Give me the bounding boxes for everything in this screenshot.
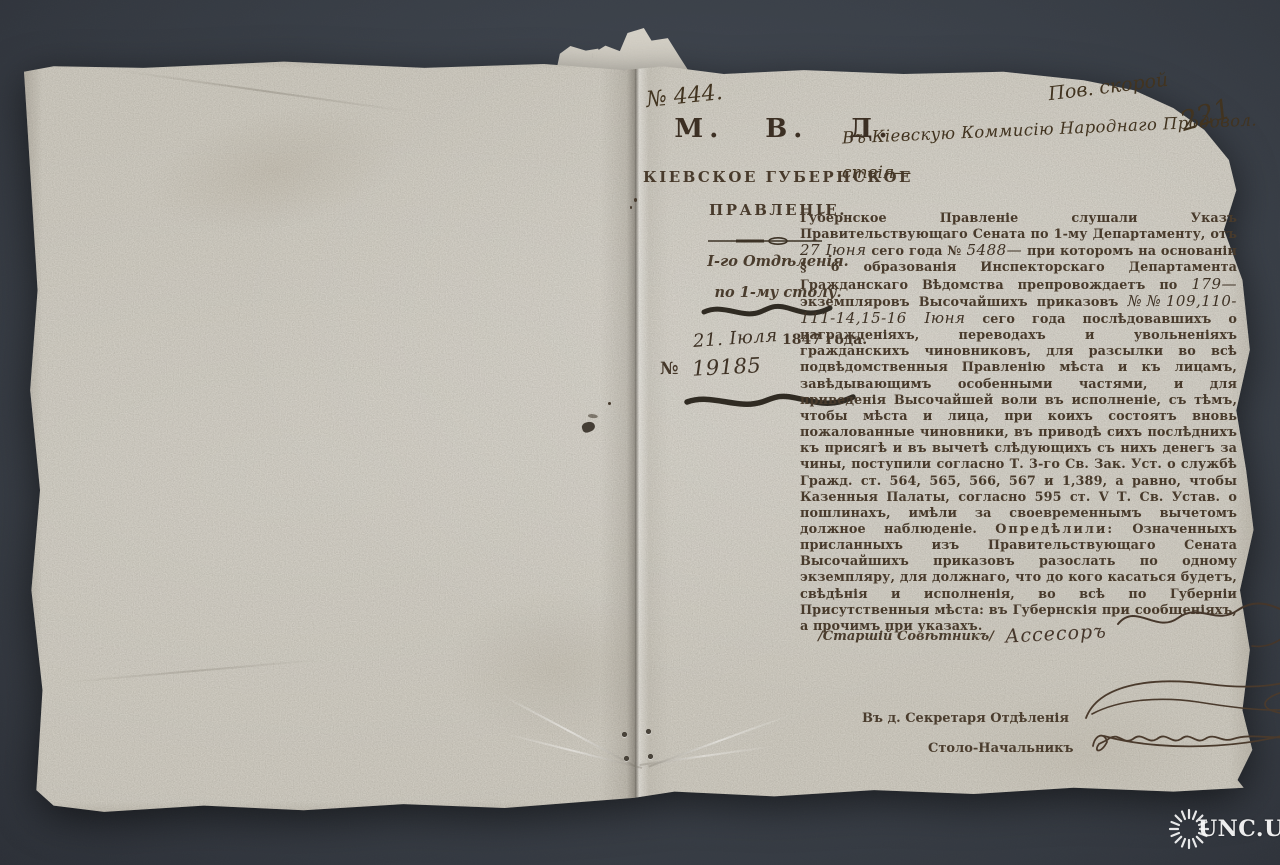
body-paragraph: Губернское Правленіе слушали Указъ Прави… — [800, 211, 1237, 635]
number-value-handwritten: 19185 — [691, 353, 761, 381]
body-handwritten-ukase-number: 5488— — [967, 241, 1023, 259]
senior-advisor-signature: Ассесоръ — [1005, 620, 1108, 647]
body-print-2: сего года № — [867, 244, 967, 259]
ink-blot — [581, 420, 596, 434]
outgoing-number: № 19185 — [660, 355, 761, 379]
watermark-text: UNC.UA — [1198, 816, 1280, 842]
body-handwritten-copies-count: 179— — [1191, 275, 1237, 293]
body-print-4: экземпляровъ Высочайшихъ приказовъ — [800, 295, 1127, 310]
crease-line — [115, 69, 412, 113]
paper-stain — [134, 84, 413, 255]
secretary-label: Въ д. Секретаря Отдѣленія — [862, 711, 1069, 726]
stitch-hole — [648, 754, 653, 759]
desk-chief-label: Столо-Начальникъ — [928, 741, 1073, 756]
ministry-abbreviation: М. В. Д. — [648, 114, 920, 144]
crease-line — [64, 659, 323, 684]
ink-speck — [608, 402, 611, 405]
desk-chief-signature-flourish — [1085, 726, 1280, 760]
center-fold-crease — [600, 50, 670, 825]
body-print-1: Губернское Правленіе слушали Указъ Прави… — [800, 211, 1237, 242]
senior-advisor-signature-flourish — [1112, 594, 1280, 654]
desk-chief-signature-row: Столо-Начальникъ — [928, 726, 1280, 760]
senior-advisor-signature-row: /Старшій Совѣтникъ/ Ассесоръ — [818, 594, 1280, 654]
senior-advisor-label: /Старшій Совѣтникъ/ — [818, 629, 994, 644]
photo-background: № 444. Пов. скорой Въ Кіевскую Коммисію … — [0, 0, 1280, 865]
body-print-5: сего года послѣдовавшихъ о награжденіяхъ… — [800, 312, 1237, 537]
body-handwritten-date: 27 Іюня — [800, 241, 867, 259]
number-label: № — [660, 359, 678, 379]
stitch-hole — [622, 732, 627, 737]
date-handwritten: 21. Іюля — [692, 325, 778, 352]
office-name-line1: КІЕВСКОЕ ГУБЕРНСКОЕ — [636, 168, 920, 186]
stitch-hole — [624, 756, 629, 761]
resolution-label: Опредѣлили: — [995, 522, 1114, 537]
ink-speck — [630, 206, 632, 209]
stitch-hole — [646, 729, 651, 734]
